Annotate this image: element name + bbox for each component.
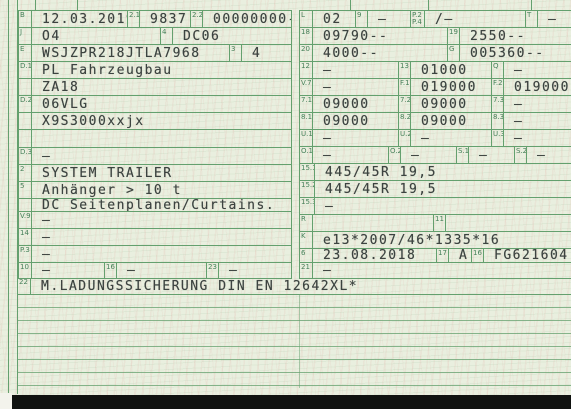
field-value-2: SYSTEM TRAILER xyxy=(32,165,291,181)
field-value-u-1: – xyxy=(313,130,398,146)
field-value-k: e13*2007/46*1335*16 xyxy=(313,232,571,248)
field-label-t: T xyxy=(525,11,538,27)
field-label-12: 12 xyxy=(300,62,313,78)
field-value-19: 2550-- xyxy=(460,28,571,44)
field-label-19: 19 xyxy=(447,28,460,44)
grid-line xyxy=(35,0,36,10)
empty-ruled-line xyxy=(18,334,571,347)
field-label-3: 3 xyxy=(229,45,242,61)
form-left-column: B12.03.20192.198372.200000000-JO44DC06EW… xyxy=(18,10,292,279)
field-value-17: A xyxy=(449,249,471,262)
field-label-13: 13 xyxy=(398,62,411,78)
field-value-3: 4 xyxy=(242,45,291,61)
field-value-9: – xyxy=(368,11,410,27)
field-value-15-3: – xyxy=(315,198,571,214)
grid-line xyxy=(531,0,532,10)
field-label-18: 18 xyxy=(300,28,313,44)
field-label-15-3: 15.3 xyxy=(300,198,315,214)
form-row: 623.08.201817A16FG621604 xyxy=(300,249,571,263)
field-value-6: 23.08.2018 xyxy=(313,249,436,262)
field-label-s-2: S.2 xyxy=(514,147,527,163)
field-label-7-3: 7.3 xyxy=(491,96,504,112)
field-value-e: WSJZPR218JTLA7968 xyxy=(32,45,229,61)
form-row: R11 xyxy=(300,215,571,232)
field-value-v-7: – xyxy=(313,79,398,95)
form-row: D.3– xyxy=(19,148,291,165)
field-value-7-2: 09000 xyxy=(411,96,491,112)
field-label-8-1: 8.1 xyxy=(300,113,313,129)
field-value-2-1: 9837 xyxy=(140,11,190,27)
field-value-16: – xyxy=(117,263,206,278)
field-label-15-1: 15.1 xyxy=(300,164,315,180)
field-value-f-1: 019000 xyxy=(411,79,491,95)
field-label-v-7: V.7 xyxy=(300,79,313,95)
field-label-6: 6 xyxy=(300,249,313,262)
field-value-q: – xyxy=(504,62,571,78)
form-row: L029–P.2 P.4/–T– xyxy=(300,11,571,28)
form-row: X9S3000xxjx xyxy=(19,113,291,130)
field-value-21: – xyxy=(313,263,571,278)
field-value-r xyxy=(313,215,433,231)
empty-ruled-line xyxy=(18,360,571,373)
field-value-t: – xyxy=(538,11,571,27)
form-row: 204000--G005360-- xyxy=(300,45,571,62)
form-row: DC Seitenplanen/Curtains. xyxy=(19,199,291,212)
form-row: 10–16–23– xyxy=(19,263,291,279)
field-label-j: J xyxy=(19,28,32,44)
field-label-23: 23 xyxy=(206,263,219,278)
field-label-k: K xyxy=(300,232,313,248)
form-row: 22M.LADUNGSSICHERUNG DIN EN 12642XL* xyxy=(18,278,571,295)
form-row: 14– xyxy=(19,229,291,246)
field-label-q: Q xyxy=(491,62,504,78)
form-row xyxy=(19,130,291,148)
field-label-8-3: 8.3 xyxy=(491,113,504,129)
form-row: JO44DC06 xyxy=(19,28,291,45)
field-label-15-2: 15.2 xyxy=(300,181,315,197)
field-label-2-1: 2.1 xyxy=(127,11,140,27)
field-label-e: E xyxy=(19,45,32,61)
grid-line xyxy=(428,0,429,10)
field-label-b: B xyxy=(19,11,32,27)
field-label-blank xyxy=(19,79,32,95)
field-label-p-2-p-4: P.2 P.4 xyxy=(410,11,425,27)
field-label-f-2: F.2 xyxy=(491,79,504,95)
field-label-o-1: O.1 xyxy=(300,147,313,163)
field-value-p-2-p-4: /– xyxy=(425,11,525,27)
field-label-7-1: 7.1 xyxy=(300,96,313,112)
field-value-d-1: PL Fahrzeugbau xyxy=(32,62,291,78)
field-label-o-2: O.2 xyxy=(388,147,401,163)
field-value-7-3: – xyxy=(504,96,571,112)
field-label-14: 14 xyxy=(19,229,32,245)
empty-ruled-line xyxy=(18,347,571,360)
field-value-13: 01000 xyxy=(411,62,491,78)
field-value: ZA18 xyxy=(32,79,291,95)
form-row: B12.03.20192.198372.200000000- xyxy=(19,11,291,28)
form-row: P.3– xyxy=(19,246,291,263)
form-row: 2SYSTEM TRAILER xyxy=(19,165,291,182)
field-value-4: DC06 xyxy=(173,28,291,44)
field-value-12: – xyxy=(313,62,398,78)
field-value-b: 12.03.2019 xyxy=(32,11,127,27)
form-row: Ke13*2007/46*1335*16 xyxy=(300,232,571,249)
field-label-8-2: 8.2 xyxy=(398,113,411,129)
form-row: EWSJZPR218JTLA796834 xyxy=(19,45,291,62)
field-label-blank xyxy=(19,130,32,147)
form-row: O.1–O.2–S.1–S.2– xyxy=(300,147,571,164)
field-value: X9S3000xxjx xyxy=(32,113,291,129)
form-row: D.206VLG xyxy=(19,96,291,113)
form-row: V.7–F.1019000F.2019000 xyxy=(300,79,571,96)
field-label-blank xyxy=(19,113,32,129)
field-label-16: 16 xyxy=(104,263,117,278)
field-value-o-1: – xyxy=(313,147,388,163)
form-row: V.9– xyxy=(19,212,291,229)
field-label-p-3: P.3 xyxy=(19,246,32,262)
field-label-u-1: U.1 xyxy=(300,130,313,146)
field-value-7-1: 09000 xyxy=(313,96,398,112)
field-label-u-3: U.3 xyxy=(491,130,504,146)
field-label-v-9: V.9 xyxy=(19,212,32,228)
field-value: DC Seitenplanen/Curtains. xyxy=(32,199,291,211)
field-value xyxy=(32,130,291,147)
remarks-section: 22M.LADUNGSSICHERUNG DIN EN 12642XL* xyxy=(18,278,571,386)
empty-ruled-line xyxy=(18,295,571,308)
scan-bottom-band xyxy=(12,395,571,409)
empty-ruled-line xyxy=(18,308,571,321)
field-value-l: 02 xyxy=(313,11,355,27)
scan-corner xyxy=(0,393,12,409)
form-row: 7.1090007.2090007.3– xyxy=(300,96,571,113)
field-label-21: 21 xyxy=(300,263,313,278)
field-label-11: 11 xyxy=(433,215,446,231)
field-value-18: 09790-- xyxy=(313,28,447,44)
field-value-j: O4 xyxy=(32,28,160,44)
field-value-u-2: – xyxy=(411,130,491,146)
field-value-15-1: 445/45R 19,5 xyxy=(315,164,571,180)
field-value-16: FG621604 xyxy=(484,249,571,262)
empty-ruled-line xyxy=(18,373,571,386)
field-label-10: 10 xyxy=(19,263,32,278)
field-label-r: R xyxy=(300,215,313,231)
form-row: 15.3– xyxy=(300,198,571,215)
field-label-2: 2 xyxy=(19,165,32,181)
form-row: 12–1301000Q– xyxy=(300,62,571,79)
field-value-8-1: 09000 xyxy=(313,113,398,129)
field-value-o-2: – xyxy=(401,147,456,163)
field-value-d-3: – xyxy=(32,148,291,164)
field-label-blank xyxy=(19,199,32,211)
field-label-17: 17 xyxy=(436,249,449,262)
form-row: U.1–U.2–U.3– xyxy=(300,130,571,147)
field-label-7-2: 7.2 xyxy=(398,96,411,112)
field-value-23: – xyxy=(219,263,291,278)
field-value-u-3: – xyxy=(504,130,571,146)
field-label-d-2: D.2 xyxy=(19,96,32,112)
field-value-g: 005360-- xyxy=(460,45,571,61)
grid-line xyxy=(299,295,300,388)
field-value-14: – xyxy=(32,229,291,245)
field-value-s-1: – xyxy=(469,147,514,163)
form-row: 8.1090008.2090008.3– xyxy=(300,113,571,130)
field-value-f-2: 019000 xyxy=(504,79,571,95)
field-value-s-2: – xyxy=(527,147,571,163)
form-row: ZA18 xyxy=(19,79,291,96)
field-value-5: Anhänger > 10 t xyxy=(32,182,291,198)
form-row: 21– xyxy=(300,263,571,279)
field-label-2-2: 2.2 xyxy=(190,11,203,27)
field-label-d-1: D.1 xyxy=(19,62,32,78)
form-row: 15.1445/45R 19,5 xyxy=(300,164,571,181)
field-label-f-1: F.1 xyxy=(398,79,411,95)
field-label-s-1: S.1 xyxy=(456,147,469,163)
field-label-22: 22 xyxy=(18,278,31,294)
left-margin-line-outer xyxy=(8,0,9,394)
field-value-2-2: 00000000- xyxy=(203,11,291,27)
field-label-4: 4 xyxy=(160,28,173,44)
field-value-10: – xyxy=(32,263,104,278)
field-value-15-2: 445/45R 19,5 xyxy=(315,181,571,197)
field-value-11 xyxy=(446,215,571,231)
field-label-20: 20 xyxy=(300,45,313,61)
field-value-p-3: – xyxy=(32,246,291,262)
form-right-column: L029–P.2 P.4/–T–1809790--192550--204000-… xyxy=(299,10,571,279)
grid-line xyxy=(350,0,351,10)
field-label-5: 5 xyxy=(19,182,32,198)
field-value-8-2: 09000 xyxy=(411,113,491,129)
field-label-9: 9 xyxy=(355,11,368,27)
field-label-l: L xyxy=(300,11,313,27)
registration-document: B12.03.20192.198372.200000000-JO44DC06EW… xyxy=(0,0,571,409)
field-value-v-9: – xyxy=(32,212,291,228)
field-value-d-2: 06VLG xyxy=(32,96,291,112)
empty-ruled-line xyxy=(18,321,571,334)
form-row: D.1PL Fahrzeugbau xyxy=(19,62,291,79)
field-label-d-3: D.3 xyxy=(19,148,32,164)
field-value-8-3: – xyxy=(504,113,571,129)
grid-line xyxy=(77,0,78,10)
form-row: 5Anhänger > 10 t xyxy=(19,182,291,199)
field-label-u-2: U.2 xyxy=(398,130,411,146)
field-label-g: G xyxy=(447,45,460,61)
form-row: 1809790--192550-- xyxy=(300,28,571,45)
field-value-20: 4000-- xyxy=(313,45,447,61)
field-label-16: 16 xyxy=(471,249,484,262)
form-row: 15.2445/45R 19,5 xyxy=(300,181,571,198)
field-value-22: M.LADUNGSSICHERUNG DIN EN 12642XL* xyxy=(31,278,571,294)
